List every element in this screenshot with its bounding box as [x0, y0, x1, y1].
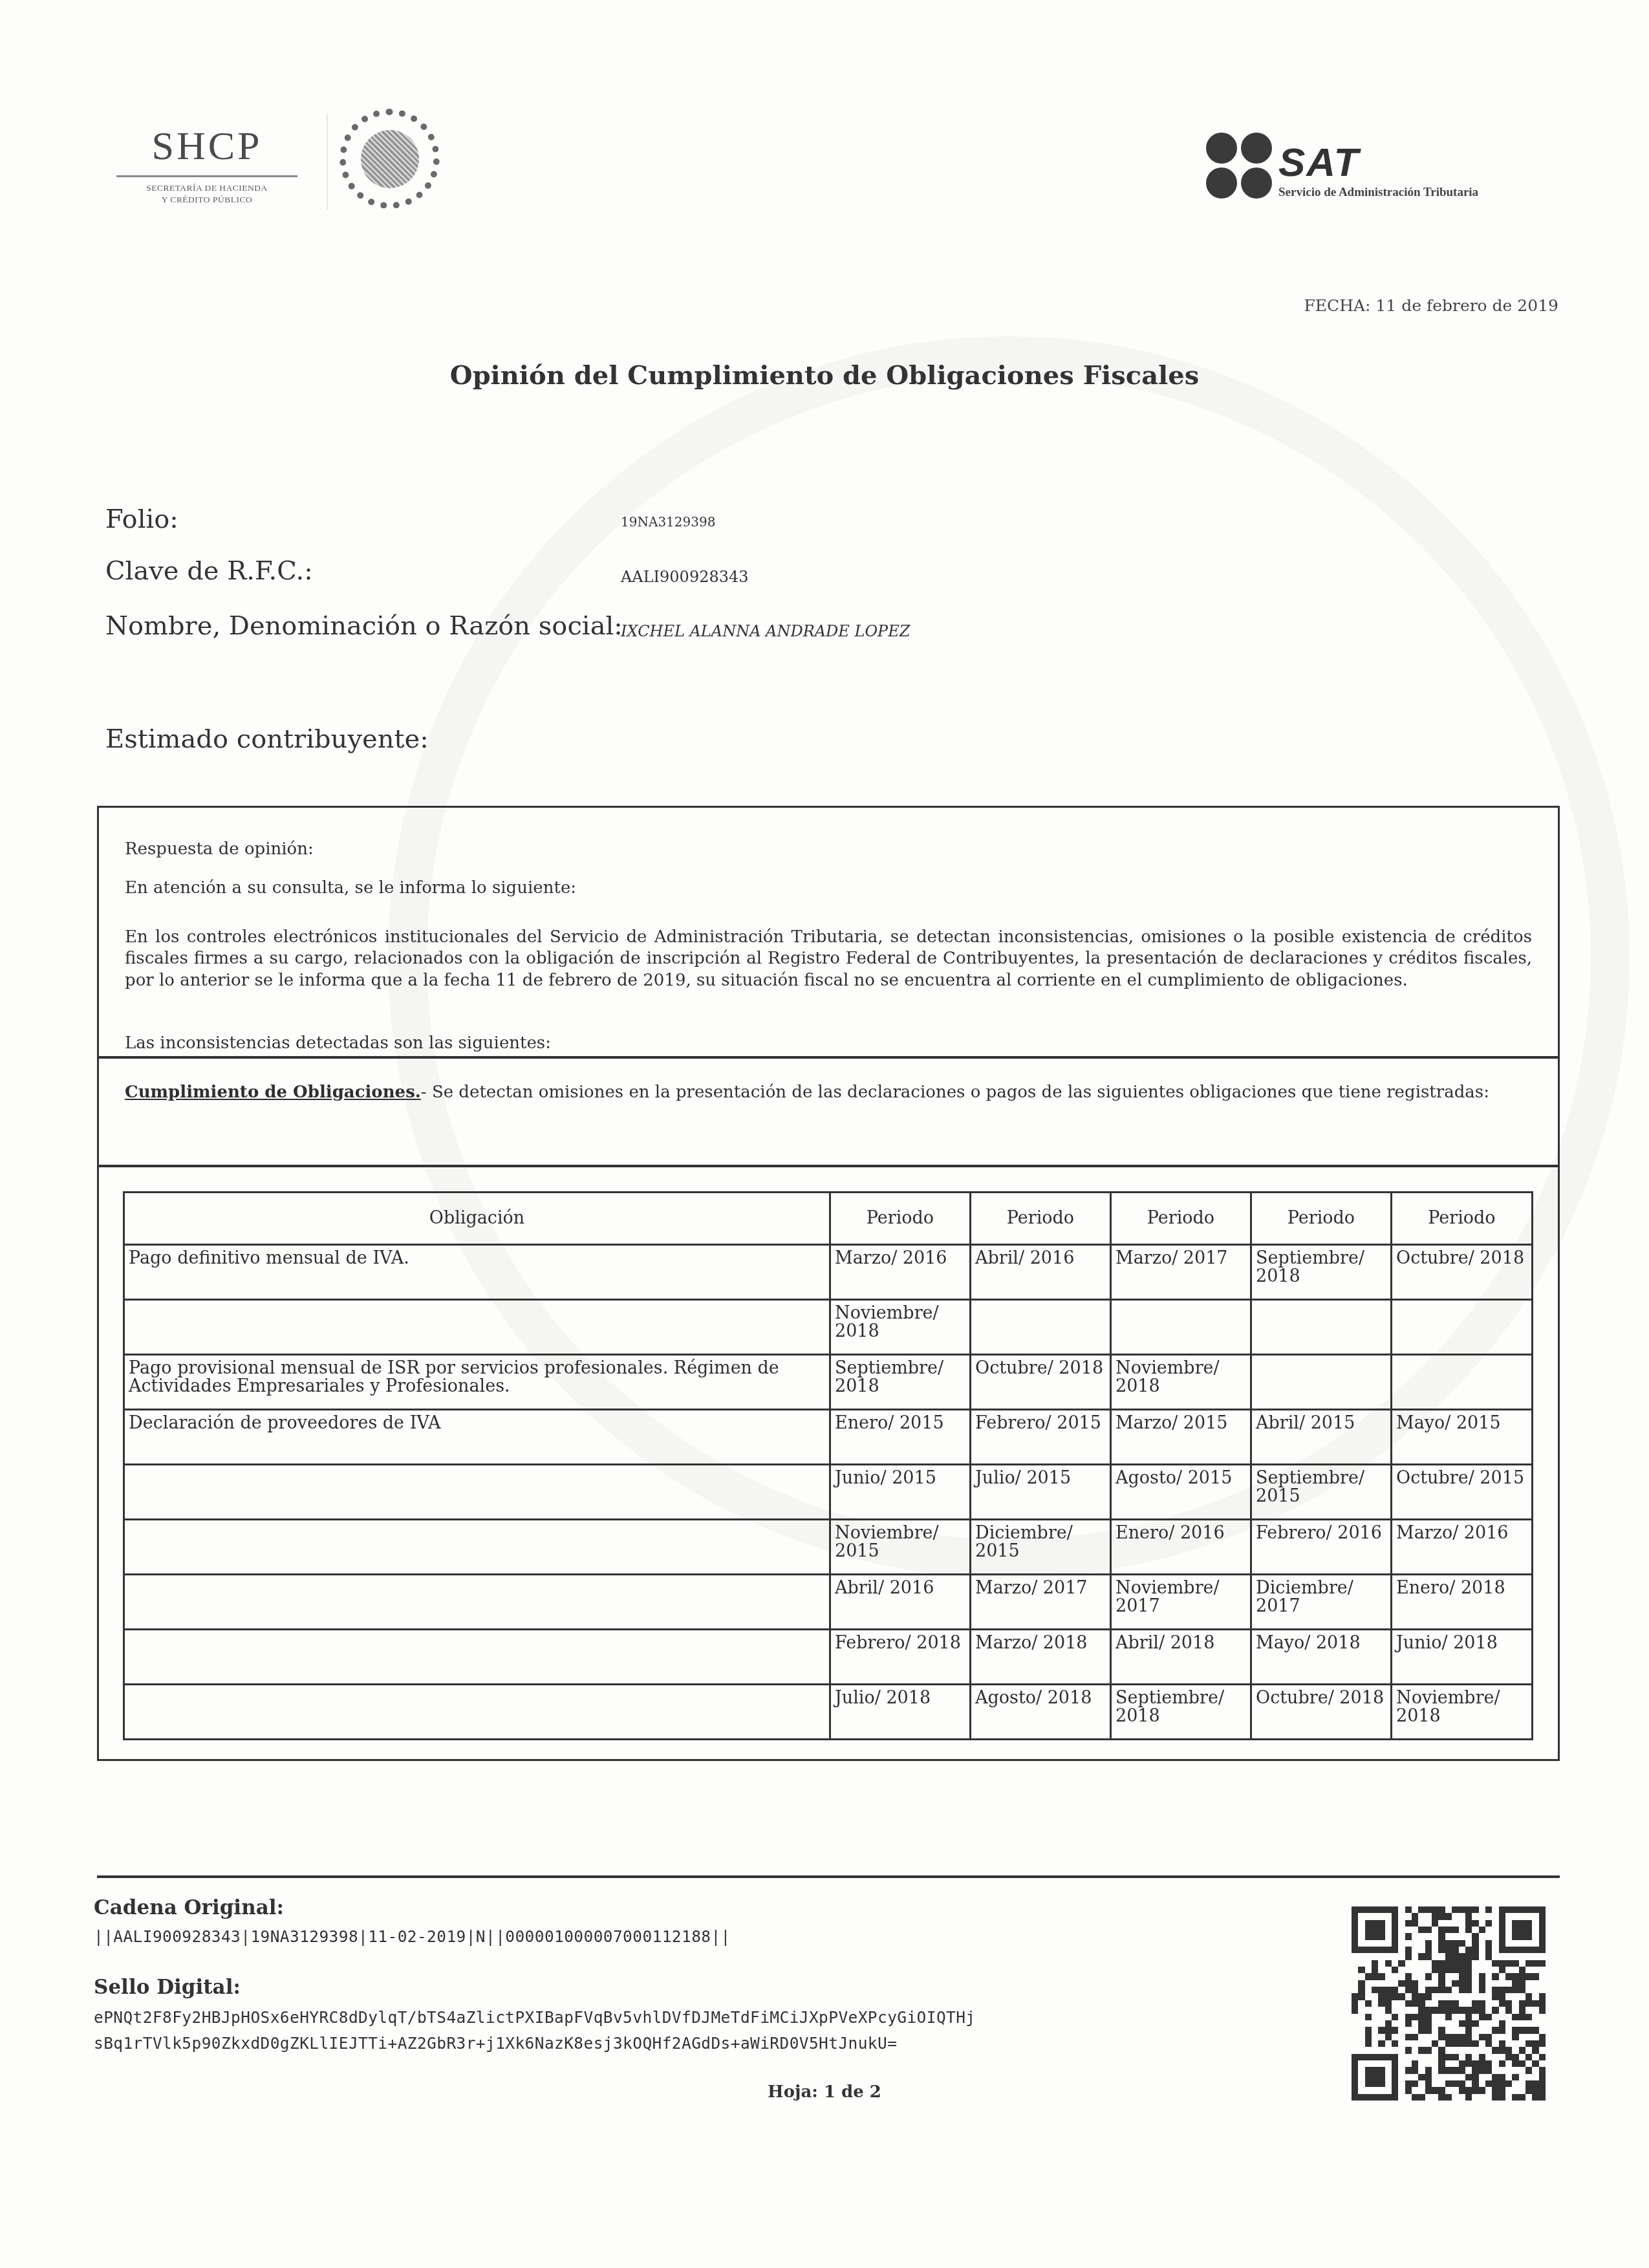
period-cell: Enero/ 2016 [1111, 1520, 1251, 1575]
column-header-periodo: Periodo [830, 1193, 971, 1245]
period-cell: Junio/ 2018 [1392, 1630, 1533, 1685]
period-cell: Abril/ 2016 [830, 1575, 971, 1630]
period-cell [971, 1300, 1111, 1355]
period-cell: Diciembre/ 2017 [1251, 1575, 1392, 1630]
obligation-cell: Pago definitivo mensual de IVA. [124, 1245, 830, 1300]
obligation-cell [124, 1300, 830, 1355]
sello-digital-line1: ePNQt2F8Fy2HBJpHOSx6eHYRC8dDylqT/bTS4aZl… [94, 2008, 976, 2027]
period-cell: Noviembre/ 2018 [830, 1300, 971, 1355]
sat-logo-text: SAT [1278, 143, 1478, 183]
name-value: IXCHEL ALANNA ANDRADE LOPEZ [621, 622, 910, 640]
cadena-original-label: Cadena Original: [94, 1896, 284, 1919]
period-cell: Enero/ 2018 [1392, 1575, 1533, 1630]
logo-divider [327, 113, 328, 210]
obligation-cell: Declaración de proveedores de IVA [124, 1410, 830, 1465]
period-cell: Noviembre/ 2015 [830, 1520, 971, 1575]
sat-dot [1241, 167, 1272, 199]
obligation-cell [124, 1630, 830, 1685]
sello-digital-label: Sello Digital: [94, 1976, 241, 1999]
period-cell: Septiembre/ 2018 [830, 1355, 971, 1410]
shcp-logo-rule [116, 175, 297, 177]
shcp-subtitle-line2: y Crédito Público [116, 194, 297, 206]
table-header-row: Obligación Periodo Periodo Periodo Perio… [124, 1193, 1533, 1245]
sat-dot [1206, 167, 1237, 199]
shcp-logo: SHCP Secretaría de Hacienda y Crédito Pú… [116, 126, 297, 205]
sat-dot [1206, 133, 1237, 164]
folio-label: Folio: [105, 504, 178, 534]
period-cell: Septiembre/ 2018 [1111, 1685, 1251, 1740]
period-cell: Julio/ 2015 [971, 1465, 1111, 1520]
response-body: En los controles electrónicos institucio… [125, 927, 1532, 991]
name-label: Nombre, Denominación o Razón social: [105, 611, 623, 641]
period-cell: Octubre/ 2018 [1251, 1685, 1392, 1740]
period-cell: Abril/ 2016 [971, 1245, 1111, 1300]
table-row: Noviembre/ 2018 [124, 1300, 1533, 1355]
greeting: Estimado contribuyente: [105, 724, 429, 754]
period-cell: Octubre/ 2018 [1392, 1245, 1533, 1300]
section-divider [99, 1056, 1558, 1059]
period-cell: Abril/ 2015 [1251, 1410, 1392, 1465]
period-cell [1111, 1300, 1251, 1355]
table-row: Junio/ 2015Julio/ 2015Agosto/ 2015Septie… [124, 1465, 1533, 1520]
period-cell: Diciembre/ 2015 [971, 1520, 1111, 1575]
sello-digital-line2: sBq1rTVlk5p90ZkxdD0gZKLlIEJTTi+AZ2GbR3r+… [94, 2034, 897, 2053]
period-cell: Septiembre/ 2015 [1251, 1465, 1392, 1520]
response-heading: Respuesta de opinión: [125, 839, 1532, 860]
table-row: Abril/ 2016Marzo/ 2017Noviembre/ 2017Dic… [124, 1575, 1533, 1630]
period-cell: Agosto/ 2015 [1111, 1465, 1251, 1520]
inconsistencies-intro: Las inconsistencias detectadas son las s… [125, 1033, 1532, 1054]
obligation-cell [124, 1685, 830, 1740]
period-cell [1392, 1300, 1533, 1355]
period-cell: Noviembre/ 2018 [1392, 1685, 1533, 1740]
obligation-cell [124, 1575, 830, 1630]
period-cell: Noviembre/ 2018 [1111, 1355, 1251, 1410]
sat-dots-icon [1206, 133, 1272, 199]
compliance-text: Cumplimiento de Obligaciones.- Se detect… [125, 1082, 1532, 1103]
period-cell: Abril/ 2018 [1111, 1630, 1251, 1685]
rfc-value: AALI900928343 [621, 568, 749, 586]
period-cell: Enero/ 2015 [830, 1410, 971, 1465]
shcp-subtitle-line1: Secretaría de Hacienda [116, 182, 297, 194]
eagle-emblem-icon [361, 130, 419, 188]
period-cell: Octubre/ 2018 [971, 1355, 1111, 1410]
sat-dot [1241, 133, 1272, 164]
sat-logo: SAT Servicio de Administración Tributari… [1206, 133, 1478, 200]
table-row: Declaración de proveedores de IVAEnero/ … [124, 1410, 1533, 1465]
period-cell: Mayo/ 2015 [1392, 1410, 1533, 1465]
period-cell: Marzo/ 2016 [1392, 1520, 1533, 1575]
section-divider [99, 1165, 1558, 1167]
shcp-logo-text: SHCP [116, 126, 297, 166]
rfc-label: Clave de R.F.C.: [105, 556, 313, 586]
national-seal-icon [339, 109, 440, 209]
column-header-periodo: Periodo [1251, 1193, 1392, 1245]
obligations-table: Obligación Periodo Periodo Periodo Perio… [123, 1191, 1533, 1740]
document-title: Opinión del Cumplimiento de Obligaciones… [0, 360, 1649, 391]
period-cell [1251, 1300, 1392, 1355]
period-cell: Marzo/ 2017 [971, 1575, 1111, 1630]
period-cell: Noviembre/ 2017 [1111, 1575, 1251, 1630]
document-date: FECHA: 11 de febrero de 2019 [1304, 296, 1558, 315]
period-cell: Marzo/ 2018 [971, 1630, 1111, 1685]
table-row: Noviembre/ 2015Diciembre/ 2015Enero/ 201… [124, 1520, 1533, 1575]
obligation-cell [124, 1465, 830, 1520]
period-cell: Marzo/ 2016 [830, 1245, 971, 1300]
compliance-description: - Se detectan omisiones en la presentaci… [421, 1083, 1489, 1102]
footer-divider [97, 1875, 1560, 1878]
obligation-cell [124, 1520, 830, 1575]
period-cell: Febrero/ 2018 [830, 1630, 971, 1685]
qr-code-icon [1352, 1906, 1546, 2101]
cadena-original-value: ||AALI900928343|19NA3129398|11-02-2019|N… [94, 1927, 731, 1946]
column-header-periodo: Periodo [1111, 1193, 1251, 1245]
response-intro: En atención a su consulta, se le informa… [125, 878, 1532, 899]
period-cell: Julio/ 2018 [830, 1685, 971, 1740]
period-cell [1392, 1355, 1533, 1410]
period-cell: Mayo/ 2018 [1251, 1630, 1392, 1685]
column-header-periodo: Periodo [971, 1193, 1111, 1245]
table-row: Julio/ 2018Agosto/ 2018Septiembre/ 2018O… [124, 1685, 1533, 1740]
column-header-periodo: Periodo [1392, 1193, 1533, 1245]
period-cell: Septiembre/ 2018 [1251, 1245, 1392, 1300]
table-row: Pago definitivo mensual de IVA.Marzo/ 20… [124, 1245, 1533, 1300]
table-row: Pago provisional mensual de ISR por serv… [124, 1355, 1533, 1410]
obligation-cell: Pago provisional mensual de ISR por serv… [124, 1355, 830, 1410]
sat-subtitle: Servicio de Administración Tributaria [1278, 186, 1478, 200]
column-header-obligacion: Obligación [124, 1193, 830, 1245]
table-row: Febrero/ 2018Marzo/ 2018Abril/ 2018Mayo/… [124, 1630, 1533, 1685]
folio-value: 19NA3129398 [621, 514, 715, 530]
period-cell: Octubre/ 2015 [1392, 1465, 1533, 1520]
compliance-label: Cumplimiento de Obligaciones. [125, 1083, 421, 1102]
period-cell: Febrero/ 2015 [971, 1410, 1111, 1465]
period-cell: Marzo/ 2017 [1111, 1245, 1251, 1300]
period-cell: Junio/ 2015 [830, 1465, 971, 1520]
period-cell [1251, 1355, 1392, 1410]
period-cell: Febrero/ 2016 [1251, 1520, 1392, 1575]
period-cell: Agosto/ 2018 [971, 1685, 1111, 1740]
period-cell: Marzo/ 2015 [1111, 1410, 1251, 1465]
